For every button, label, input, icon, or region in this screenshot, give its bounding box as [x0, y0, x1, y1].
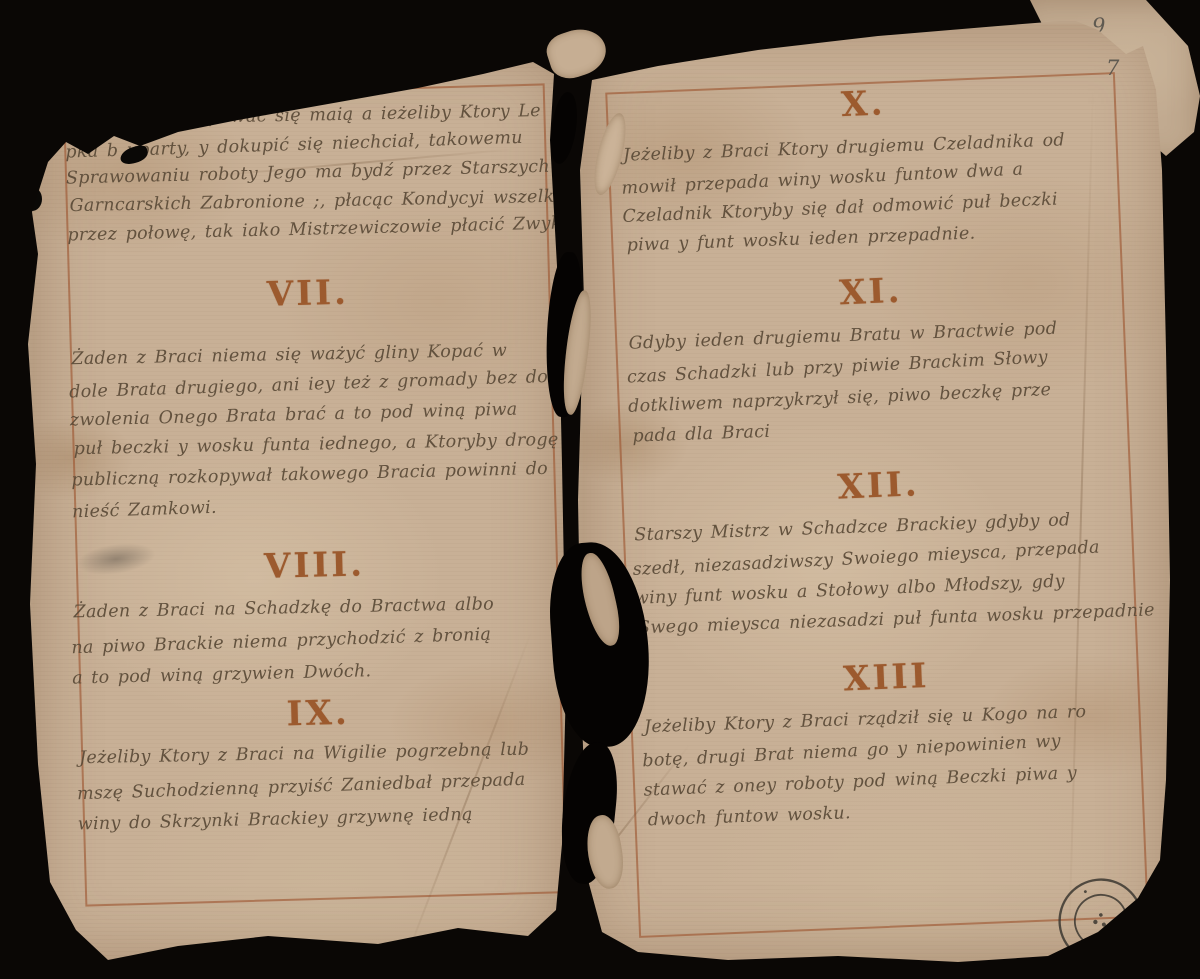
- left-page: 6 bractwo — skupować się maią a ieżeliby…: [28, 44, 568, 964]
- section-body-vii: Żaden z Braci niema się ważyć gliny Kopa…: [68, 334, 557, 526]
- ink-speck: [58, 114, 72, 123]
- manuscript-scan: 9 6 bractwo — skupować się maią a ieżeli…: [0, 0, 1200, 979]
- section-body-xii: Starszy Mistrz w Schadzce Brackiey gdyby…: [631, 501, 1152, 646]
- section-body-x: Jeżeliby z Braci Ktory drugiemu Czeladni…: [620, 124, 1066, 262]
- right-page-content: X. Jeżeliby z Braci Ktory drugiemu Czela…: [563, 8, 1194, 973]
- svg-text:W POZNANIU: W POZNANIU: [1079, 905, 1156, 969]
- torn-corner-hole: [35, 77, 86, 126]
- continuation-paragraph: bractwo — skupować się maią a ieżeliby K…: [64, 95, 580, 250]
- section-body-xiii: Jeżeliby Ktory z Braci rządził się u Kog…: [641, 696, 1088, 838]
- torn-edge-hole: [22, 187, 42, 211]
- stamp-text: W POZNANIU: [1079, 905, 1156, 969]
- section-heading-vii: VII.: [68, 268, 547, 320]
- section-body-viii: Żaden z Braci na Schadzkę do Bractwa alb…: [70, 587, 493, 695]
- left-page-content: bractwo — skupować się maią a ieżeliby K…: [17, 38, 579, 971]
- section-body-ix: Jeżeliby Ktory z Braci na Wigilie pogrze…: [76, 733, 528, 841]
- section-heading-ix: IX.: [79, 688, 558, 740]
- section-body-xi: Gdyby ieden drugiemu Bratu w Bractwie po…: [625, 313, 1058, 454]
- right-page: 7 X. Jeżeliby z Braci Ktory drugiemu Cze…: [578, 20, 1172, 962]
- page-number-left: 6: [158, 64, 171, 88]
